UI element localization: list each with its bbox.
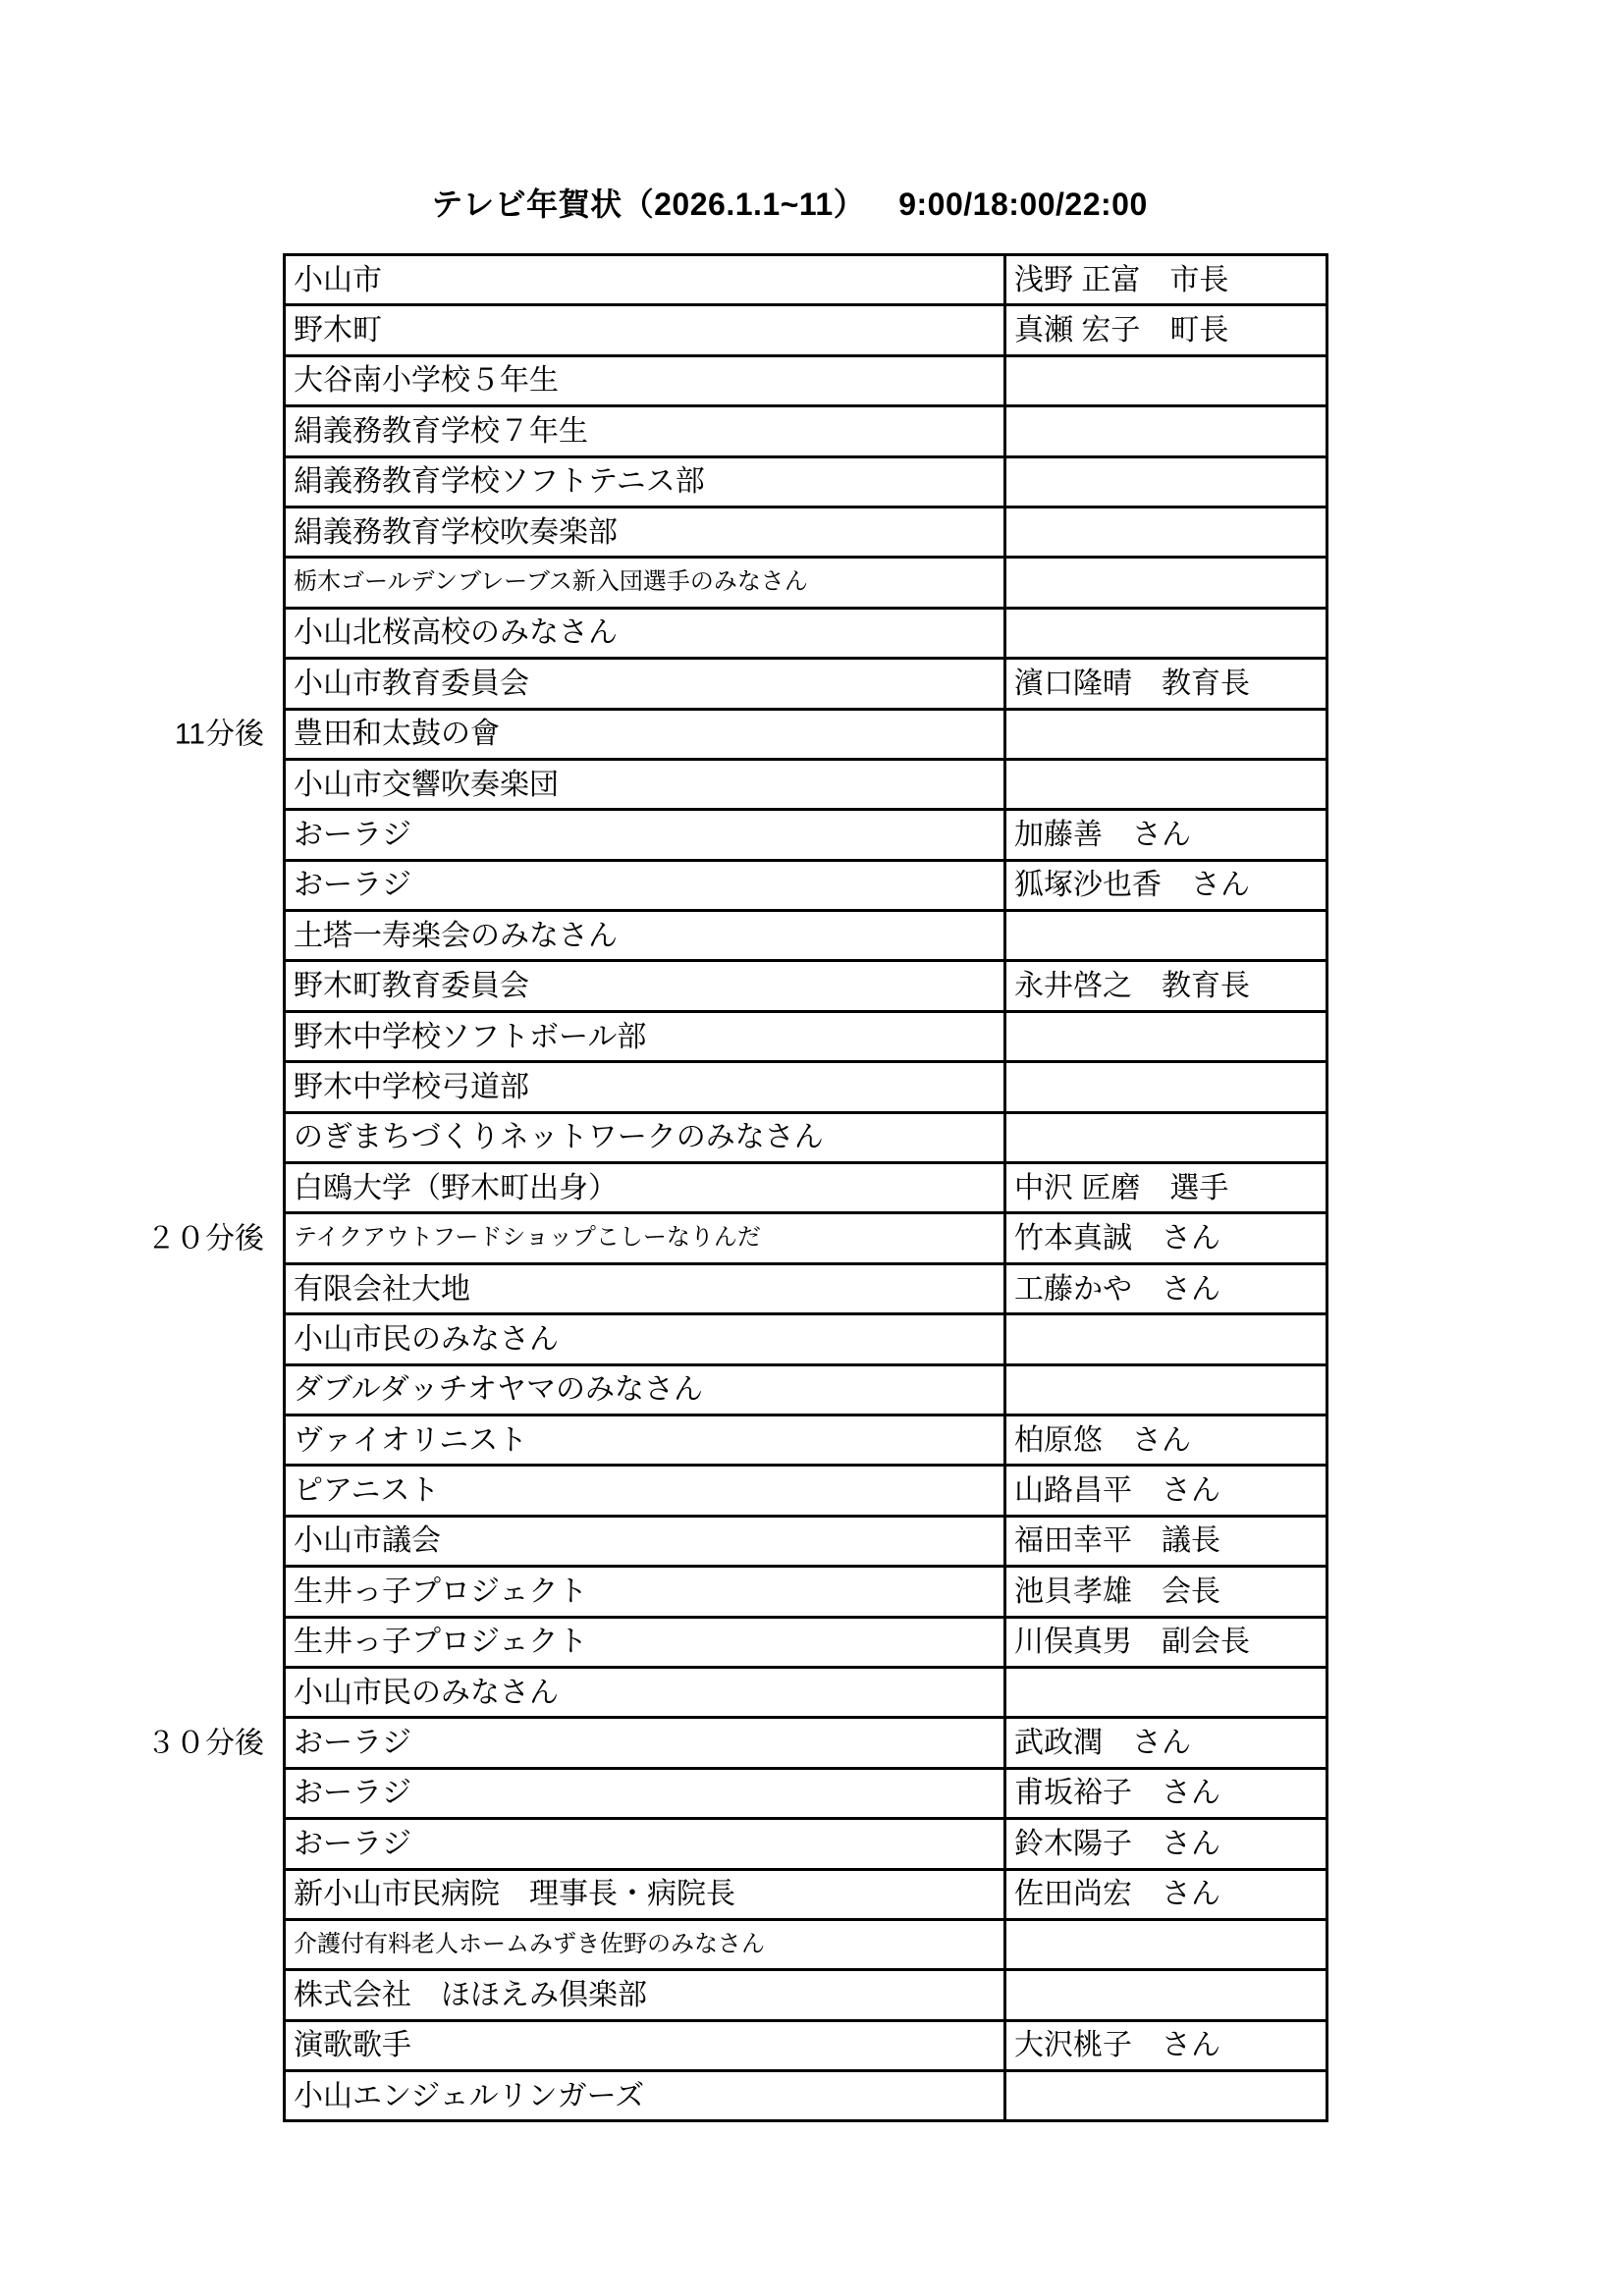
org-cell: 生井っ子プロジェクト [285, 1567, 1005, 1617]
table-row: 生井っ子プロジェクト池貝孝雄 会長 [285, 1567, 1327, 1617]
table-row: おーラジ鈴木陽子 さん [285, 1819, 1327, 1869]
org-cell: 小山北桜高校のみなさん [285, 608, 1005, 658]
table-row: ダブルダッチオヤマのみなさん [285, 1364, 1327, 1415]
org-name-text: 介護付有料老人ホームみずき佐野のみなさん [294, 1931, 765, 1957]
person-cell [1005, 911, 1327, 961]
person-cell [1005, 1970, 1327, 2020]
table-row: 野木町教育委員会永井啓之 教育長 [285, 961, 1327, 1011]
person-cell [1005, 608, 1327, 658]
person-cell [1005, 456, 1327, 507]
person-cell [1005, 1314, 1327, 1364]
table-row: ２０分後テイクアウトフードショップこしーなりんだ竹本真誠 さん [285, 1213, 1327, 1263]
org-cell: 絹義務教育学校７年生 [285, 406, 1005, 456]
person-cell: 福田幸平 議長 [1005, 1516, 1327, 1566]
table-row: 演歌歌手大沢桃子 さん [285, 2020, 1327, 2070]
org-cell: 絹義務教育学校吹奏楽部 [285, 507, 1005, 557]
org-name-text: おーラジ [294, 819, 411, 851]
org-name-text: 小山市教育委員会 [294, 667, 529, 700]
person-cell: 竹本真誠 さん [1005, 1213, 1327, 1263]
org-name-text: 生井っ子プロジェクト [294, 1626, 587, 1658]
org-name-text: ヴァイオリニスト [294, 1424, 527, 1457]
org-name-text: 小山市交響吹奏楽団 [294, 769, 559, 801]
person-cell [1005, 1919, 1327, 1969]
person-cell: 池貝孝雄 会長 [1005, 1567, 1327, 1617]
org-name-text: 演歌歌手 [294, 2029, 411, 2061]
org-cell: 生井っ子プロジェクト [285, 1617, 1005, 1667]
org-name-text: 新小山市民病院 理事長・病院長 [294, 1878, 735, 1910]
table-row: ３０分後おーラジ武政潤 さん [285, 1718, 1327, 1768]
table-row: 栃木ゴールデンブレーブス新入団選手のみなさん [285, 558, 1327, 608]
org-name-text: おーラジ [294, 1777, 411, 1809]
org-cell: 野木町教育委員会 [285, 961, 1005, 1011]
org-name-text: 白鴎大学（野木町出身） [294, 1172, 618, 1204]
time-marker-label: ２０分後 [146, 1222, 264, 1255]
person-cell: 濱口隆晴 教育長 [1005, 659, 1327, 709]
person-cell: 工藤かや さん [1005, 1263, 1327, 1313]
person-cell: 大沢桃子 さん [1005, 2020, 1327, 2070]
table-row: ヴァイオリニスト柏原悠 さん [285, 1415, 1327, 1465]
org-name-text: おーラジ [294, 1828, 411, 1860]
table-row: 小山エンジェルリンガーズ [285, 2071, 1327, 2121]
org-name-text: 土塔一寿楽会のみなさん [294, 920, 618, 952]
person-cell [1005, 1011, 1327, 1061]
org-cell: 小山市交響吹奏楽団 [285, 759, 1005, 809]
org-name-text: 絹義務教育学校７年生 [294, 415, 588, 448]
org-cell: 土塔一寿楽会のみなさん [285, 911, 1005, 961]
table-row: 有限会社大地工藤かや さん [285, 1263, 1327, 1313]
person-cell: 真瀬 宏子 町長 [1005, 305, 1327, 355]
org-name-text: 野木中学校弓道部 [294, 1071, 529, 1103]
org-cell: 有限会社大地 [285, 1263, 1005, 1313]
person-cell: 柏原悠 さん [1005, 1415, 1327, 1465]
person-cell: 武政潤 さん [1005, 1718, 1327, 1768]
table-row: 小山北桜高校のみなさん [285, 608, 1327, 658]
table-row: 野木町真瀬 宏子 町長 [285, 305, 1327, 355]
table-row: おーラジ加藤善 さん [285, 810, 1327, 860]
table-row: 介護付有料老人ホームみずき佐野のみなさん [285, 1919, 1327, 1969]
org-name-text: 小山市民のみなさん [294, 1323, 559, 1356]
org-name-text: 小山北桜高校のみなさん [294, 616, 618, 649]
schedule-table: 小山市浅野 正富 市長野木町真瀬 宏子 町長大谷南小学校５年生絹義務教育学校７年… [283, 253, 1328, 2122]
table-row: おーラジ甫坂裕子 さん [285, 1768, 1327, 1818]
org-cell: 株式会社 ほほえみ倶楽部 [285, 1970, 1005, 2020]
org-name-text: 小山市民のみなさん [294, 1677, 559, 1709]
table-row: のぎまちづくりネットワークのみなさん [285, 1112, 1327, 1162]
person-cell [1005, 2071, 1327, 2121]
person-cell: 加藤善 さん [1005, 810, 1327, 860]
org-name-text: 株式会社 ほほえみ倶楽部 [294, 1979, 647, 2011]
title-main: テレビ年賀状（2026.1.1~11） [431, 187, 865, 222]
table-row: 株式会社 ほほえみ倶楽部 [285, 1970, 1327, 2020]
org-cell: おーラジ [285, 810, 1005, 860]
org-name-text: 大谷南小学校５年生 [294, 364, 559, 397]
document-page: テレビ年賀状（2026.1.1~11）9:00/18:00/22:00 小山市浅… [0, 0, 1624, 2296]
table-row: 白鴎大学（野木町出身）中沢 匠磨 選手 [285, 1163, 1327, 1213]
org-cell: ピアニスト [285, 1466, 1005, 1516]
table-row: 小山市交響吹奏楽団 [285, 759, 1327, 809]
org-name-text: 絹義務教育学校ソフトテニス部 [294, 465, 705, 498]
title-broadcast-times: 9:00/18:00/22:00 [898, 187, 1148, 222]
schedule-table-body: 小山市浅野 正富 市長野木町真瀬 宏子 町長大谷南小学校５年生絹義務教育学校７年… [285, 255, 1327, 2121]
table-row: ピアニスト山路昌平 さん [285, 1466, 1327, 1516]
org-name-text: 野木町 [294, 314, 382, 347]
org-name-text: 生井っ子プロジェクト [294, 1575, 587, 1608]
table-row: 土塔一寿楽会のみなさん [285, 911, 1327, 961]
org-cell: 介護付有料老人ホームみずき佐野のみなさん [285, 1919, 1005, 1969]
org-cell: 小山市教育委員会 [285, 659, 1005, 709]
org-cell: 栃木ゴールデンブレーブス新入団選手のみなさん [285, 558, 1005, 608]
org-cell: 小山市議会 [285, 1516, 1005, 1566]
org-cell: 野木中学校ソフトボール部 [285, 1011, 1005, 1061]
org-cell: おーラジ [285, 1768, 1005, 1818]
person-cell [1005, 406, 1327, 456]
org-name-text: 小山市議会 [294, 1524, 441, 1557]
person-cell [1005, 1364, 1327, 1415]
org-name-text: 野木中学校ソフトボール部 [294, 1021, 646, 1053]
org-name-text: 有限会社大地 [294, 1273, 470, 1306]
org-name-text: おーラジ [294, 1727, 411, 1759]
org-cell: 小山市 [285, 255, 1005, 305]
person-cell: 佐田尚宏 さん [1005, 1869, 1327, 1919]
table-row: 小山市民のみなさん [285, 1667, 1327, 1717]
org-cell: おーラジ [285, 860, 1005, 910]
org-name-text: 小山市 [294, 264, 382, 296]
table-row: 小山市教育委員会濱口隆晴 教育長 [285, 659, 1327, 709]
time-marker-label: 11分後 [175, 718, 264, 750]
org-cell: 11分後豊田和太鼓の會 [285, 709, 1005, 759]
org-cell: おーラジ [285, 1819, 1005, 1869]
table-row: 大谷南小学校５年生 [285, 355, 1327, 405]
person-cell [1005, 1112, 1327, 1162]
org-cell: 演歌歌手 [285, 2020, 1005, 2070]
person-cell: 鈴木陽子 さん [1005, 1819, 1327, 1869]
org-cell: 野木町 [285, 305, 1005, 355]
org-cell: 小山市民のみなさん [285, 1667, 1005, 1717]
org-name-text: 野木町教育委員会 [294, 970, 529, 1002]
person-cell [1005, 709, 1327, 759]
org-name-text: ピアニスト [294, 1474, 440, 1507]
table-row: 生井っ子プロジェクト川俣真男 副会長 [285, 1617, 1327, 1667]
org-name-text: テイクアウトフードショップこしーなりんだ [294, 1224, 761, 1251]
org-cell: ３０分後おーラジ [285, 1718, 1005, 1768]
person-cell [1005, 1062, 1327, 1112]
org-cell: 小山市民のみなさん [285, 1314, 1005, 1364]
org-name-text: 小山エンジェルリンガーズ [294, 2080, 644, 2112]
org-cell: 白鴎大学（野木町出身） [285, 1163, 1005, 1213]
person-cell: 狐塚沙也香 さん [1005, 860, 1327, 910]
org-cell: 大谷南小学校５年生 [285, 355, 1005, 405]
org-cell: 野木中学校弓道部 [285, 1062, 1005, 1112]
org-name-text: おーラジ [294, 869, 411, 901]
org-cell: 絹義務教育学校ソフトテニス部 [285, 456, 1005, 507]
person-cell: 甫坂裕子 さん [1005, 1768, 1327, 1818]
org-name-text: 栃木ゴールデンブレーブス新入団選手のみなさん [294, 568, 808, 595]
person-cell: 中沢 匠磨 選手 [1005, 1163, 1327, 1213]
table-row: 新小山市民病院 理事長・病院長佐田尚宏 さん [285, 1869, 1327, 1919]
person-cell [1005, 507, 1327, 557]
table-row: 絹義務教育学校吹奏楽部 [285, 507, 1327, 557]
document-title: テレビ年賀状（2026.1.1~11）9:00/18:00/22:00 [283, 180, 1296, 225]
org-cell: ２０分後テイクアウトフードショップこしーなりんだ [285, 1213, 1005, 1263]
person-cell: 山路昌平 さん [1005, 1466, 1327, 1516]
person-cell [1005, 1667, 1327, 1717]
person-cell [1005, 355, 1327, 405]
table-row: 野木中学校弓道部 [285, 1062, 1327, 1112]
person-cell [1005, 558, 1327, 608]
org-cell: ヴァイオリニスト [285, 1415, 1005, 1465]
org-cell: 新小山市民病院 理事長・病院長 [285, 1869, 1005, 1919]
org-cell: 小山エンジェルリンガーズ [285, 2071, 1005, 2121]
org-cell: のぎまちづくりネットワークのみなさん [285, 1112, 1005, 1162]
org-name-text: のぎまちづくりネットワークのみなさん [294, 1121, 824, 1153]
table-row: おーラジ狐塚沙也香 さん [285, 860, 1327, 910]
time-marker-label: ３０分後 [146, 1727, 264, 1759]
org-name-text: ダブルダッチオヤマのみなさん [294, 1373, 703, 1406]
table-row: 野木中学校ソフトボール部 [285, 1011, 1327, 1061]
person-cell [1005, 759, 1327, 809]
table-row: 小山市浅野 正富 市長 [285, 255, 1327, 305]
table-row: 絹義務教育学校７年生 [285, 406, 1327, 456]
org-name-text: 豊田和太鼓の會 [294, 718, 500, 750]
table-row: 絹義務教育学校ソフトテニス部 [285, 456, 1327, 507]
person-cell: 永井啓之 教育長 [1005, 961, 1327, 1011]
org-cell: ダブルダッチオヤマのみなさん [285, 1364, 1005, 1415]
org-name-text: 絹義務教育学校吹奏楽部 [294, 516, 618, 549]
table-row: 小山市議会福田幸平 議長 [285, 1516, 1327, 1566]
table-row: 11分後豊田和太鼓の會 [285, 709, 1327, 759]
person-cell: 浅野 正富 市長 [1005, 255, 1327, 305]
person-cell: 川俣真男 副会長 [1005, 1617, 1327, 1667]
table-row: 小山市民のみなさん [285, 1314, 1327, 1364]
